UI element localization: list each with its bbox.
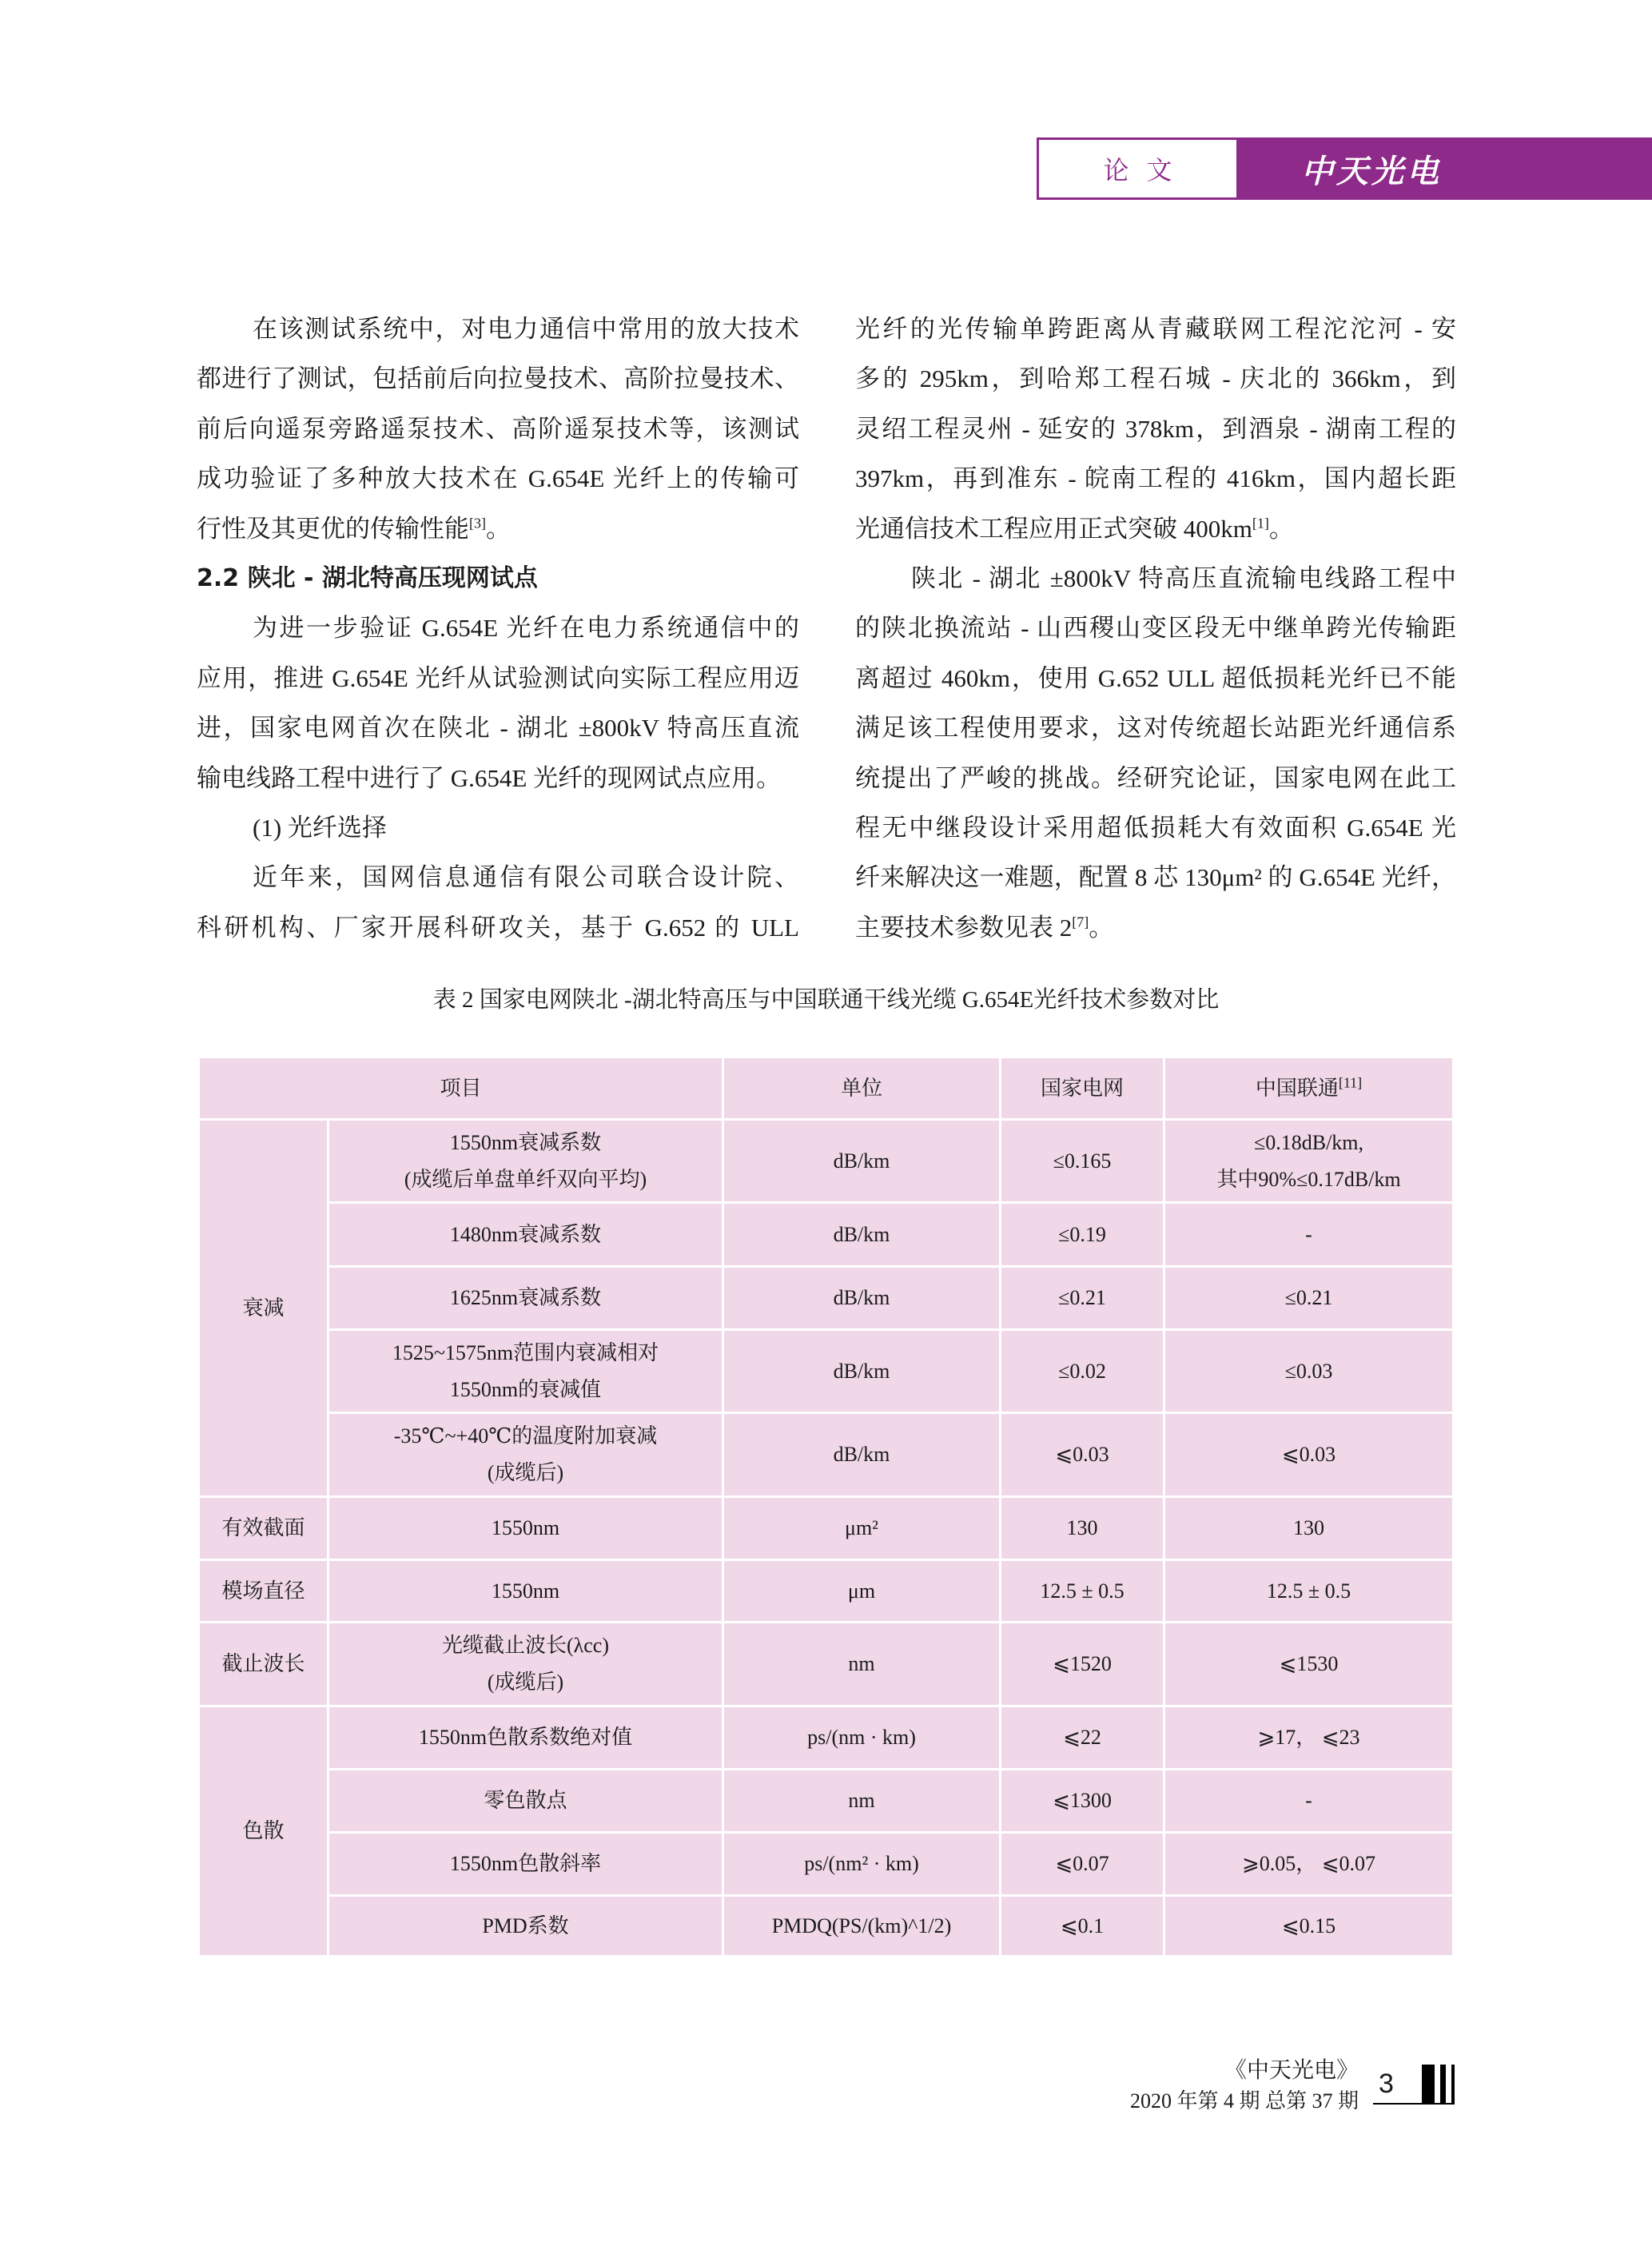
table-row: 衰减1550nm衰减系数(成缆后单盘单纤双向平均)dB/km≤0.165≤0.1… [199,1120,1454,1203]
unicom-value-cell: ⩾17， ⩽23 [1164,1706,1454,1770]
text-line-content: 在该测试系统中，对电力通信中常用的放大技术 [253,315,799,343]
text-line-content: 397km，再到准东 - 皖南工程的 416km，国内超长距 [855,464,1456,492]
cell-line: 1550nm [334,1510,717,1547]
text-line-tail: 。 [486,515,511,543]
unit-cell: ps/(nm² · km) [723,1833,1001,1896]
table-row: 零色散点nm⩽1300- [199,1770,1454,1833]
item-cell: 光缆截止波长(λcc)(成缆后) [328,1623,723,1706]
unicom-value-cell: ≤0.03 [1164,1330,1454,1413]
sgcc-value-cell: ⩽0.07 [1001,1833,1164,1896]
sgcc-value-cell: ⩽1520 [1001,1623,1164,1706]
text-line: 应用，推进 G.654E 光纤从试验测试向实际工程应用迈 [197,654,799,703]
text-line: 的陕北换流站 - 山西稷山变区段无中继单跨光传输距 [855,603,1456,653]
cell-line: 光缆截止波长(λcc) [334,1627,717,1664]
text-line-content: 进，国家电网首次在陕北 - 湖北 ±800kV 特高压直流 [197,714,799,742]
cell-line: 1480nm衰减系数 [334,1217,717,1253]
table-row: 截止波长光缆截止波长(λcc)(成缆后)nm⩽1520⩽1530 [199,1623,1454,1706]
text-line: 光通信技术工程应用正式突破 400km[1]。 [855,504,1456,554]
text-line: 陕北 - 湖北 ±800kV 特高压直流输电线路工程中 [855,554,1456,603]
citation-ref: [3] [469,515,486,531]
category-cell: 色散 [199,1706,328,1957]
unit-cell: dB/km [723,1120,1001,1203]
text-line-content: 的陕北换流站 - 山西稷山变区段无中继单跨光传输距 [855,614,1456,642]
decorative-bar-thick [1422,2065,1435,2104]
text-line-content: 输电线路工程中进行了 G.654E 光纤的现网试点应用。 [197,764,781,792]
sgcc-value-cell: ⩽0.1 [1001,1896,1164,1957]
text-line: 397km，再到准东 - 皖南工程的 416km，国内超长距 [855,454,1456,504]
section-label: 论文 [1103,150,1189,187]
category-cell: 衰减 [199,1120,328,1497]
cell-line: ⩾17， ⩽23 [1170,1719,1447,1756]
journal-logo: 中天光电 [1301,146,1442,192]
text-line: 灵绍工程灵州 - 延安的 378km，到酒泉 - 湖南工程的 [855,404,1456,454]
cell-line: ⩽0.15 [1170,1908,1447,1945]
cell-line: -35℃~+40℃的温度附加衰减 [334,1418,717,1455]
text-line-content: 多的 295km，到哈郑工程石城 - 庆北的 366km，到 [855,364,1456,392]
sgcc-value-cell: ⩽0.03 [1001,1413,1164,1497]
unicom-value-cell: ≤0.18dB/km,其中90%≤0.17dB/km [1164,1120,1454,1203]
right-text-column: 光纤的光传输单跨距离从青藏联网工程沱沱河 - 安多的 295km，到哈郑工程石城… [855,305,1456,953]
cell-line: (成缆后) [334,1664,717,1701]
section-label-box: 论文 [1037,137,1239,200]
text-line: 离超过 460km，使用 G.652 ULL 超低损耗光纤已不能 [855,654,1456,703]
text-line-content: 陕北 - 湖北 ±800kV 特高压直流输电线路工程中 [911,564,1456,592]
item-cell: 零色散点 [328,1770,723,1833]
unit-cell: dB/km [723,1413,1001,1497]
text-line-content: 光纤的光传输单跨距离从青藏联网工程沱沱河 - 安 [855,315,1456,343]
cell-line: ⩾0.05， ⩽0.07 [1170,1846,1447,1882]
text-line-content: 2.2 陕北 - 湖北特高压现网试点 [197,564,538,592]
category-cell: 模场直径 [199,1560,328,1623]
text-line-content: 近年来，国网信息通信有限公司联合设计院、 [253,863,799,891]
text-line: 程无中继段设计采用超低损耗大有效面积 G.654E 光 [855,803,1456,853]
cell-line: 1550nm色散斜率 [334,1846,717,1882]
sgcc-value-cell: ⩽22 [1001,1706,1164,1770]
cell-line: ⩽0.03 [1170,1436,1447,1473]
header-unit: 单位 [723,1057,1001,1120]
cell-line: 其中90%≤0.17dB/km [1170,1161,1447,1198]
cell-line: ⩽1530 [1170,1646,1447,1682]
text-line: 输电线路工程中进行了 G.654E 光纤的现网试点应用。 [197,754,799,803]
text-line-content: 程无中继段设计采用超低损耗大有效面积 G.654E 光 [855,814,1456,842]
sgcc-value-cell: ⩽1300 [1001,1770,1164,1833]
table-row: PMD系数PMDQ(PS/(km)^1/2)⩽0.1⩽0.15 [199,1896,1454,1957]
cell-line: 1550nm衰减系数 [334,1125,717,1161]
cell-line: 130 [1170,1510,1447,1547]
header-item: 项目 [199,1057,723,1120]
unit-cell: nm [723,1623,1001,1706]
text-line: 多的 295km，到哈郑工程石城 - 庆北的 366km，到 [855,354,1456,404]
text-line: 行性及其更优的传输性能[3]。 [197,504,799,554]
unicom-value-cell: ≤0.21 [1164,1267,1454,1330]
header-sgcc: 国家电网 [1001,1057,1164,1120]
text-line-content: 满足该工程使用要求，这对传统超长站距光纤通信系 [855,714,1456,742]
unit-cell: ps/(nm · km) [723,1706,1001,1770]
unicom-value-cell: 130 [1164,1497,1454,1560]
item-cell: 1550nm色散斜率 [328,1833,723,1896]
table-row: -35℃~+40℃的温度附加衰减(成缆后)dB/km⩽0.03⩽0.03 [199,1413,1454,1497]
cell-line: ≤0.18dB/km, [1170,1125,1447,1161]
text-line-content: 离超过 460km，使用 G.652 ULL 超低损耗光纤已不能 [855,664,1456,692]
text-line: 前后向遥泵旁路遥泵技术、高阶遥泵技术等，该测试 [197,404,799,454]
left-text-column: 在该测试系统中，对电力通信中常用的放大技术都进行了测试，包括前后向拉曼技术、高阶… [197,305,799,953]
text-line-content: 主要技术参数见表 2 [855,914,1072,942]
text-line-content: 灵绍工程灵州 - 延安的 378km，到酒泉 - 湖南工程的 [855,415,1456,443]
cell-line: 12.5 ± 0.5 [1170,1573,1447,1610]
text-line-content: 应用，推进 G.654E 光纤从试验测试向实际工程应用迈 [197,664,799,692]
cell-line: 1550nm [334,1573,717,1610]
item-cell: 1625nm衰减系数 [328,1267,723,1330]
item-cell: 1525~1575nm范围内衰减相对1550nm的衰减值 [328,1330,723,1413]
footer-journal: 《中天光电》 [1119,2053,1359,2085]
sgcc-value-cell: 12.5 ± 0.5 [1001,1560,1164,1623]
unicom-value-cell: ⩽0.03 [1164,1413,1454,1497]
text-line-content: 科研机构、厂家开展科研攻关，基于 G.652 的 ULL [197,914,799,942]
unit-cell: dB/km [723,1203,1001,1267]
text-line-content: 行性及其更优的传输性能 [197,515,469,543]
category-cell: 有效截面 [199,1497,328,1560]
cell-line: (成缆后单盘单纤双向平均) [334,1161,717,1198]
header-unicom-label: 中国联通 [1256,1077,1339,1100]
text-line: 为进一步验证 G.654E 光纤在电力系统通信中的 [197,603,799,653]
unit-cell: dB/km [723,1330,1001,1413]
header-unicom: 中国联通[11] [1164,1057,1454,1120]
cell-line: 1550nm色散系数绝对值 [334,1719,717,1756]
table-row: 1625nm衰减系数dB/km≤0.21≤0.21 [199,1267,1454,1330]
header-unicom-ref: [11] [1339,1074,1362,1090]
text-line: 统提出了严峻的挑战。经研究论证，国家电网在此工 [855,754,1456,803]
text-line: 科研机构、厂家开展科研攻关，基于 G.652 的 ULL [197,903,799,953]
item-cell: 1550nm色散系数绝对值 [328,1706,723,1770]
text-line: 进，国家电网首次在陕北 - 湖北 ±800kV 特高压直流 [197,703,799,753]
table-row: 有效截面1550nmμm²130130 [199,1497,1454,1560]
unicom-value-cell: - [1164,1203,1454,1267]
unit-cell: μm [723,1560,1001,1623]
fiber-parameter-table: 项目 单位 国家电网 中国联通[11] 衰减1550nm衰减系数(成缆后单盘单纤… [197,1056,1455,1957]
decorative-bar-thin [1451,2065,1455,2104]
text-line-content: 成功验证了多种放大技术在 G.654E 光纤上的传输可 [197,464,799,492]
unit-cell: PMDQ(PS/(km)^1/2) [723,1896,1001,1957]
text-line: 纤来解决这一难题，配置 8 芯 130μm² 的 G.654E 光纤， [855,853,1456,902]
table-row: 色散1550nm色散系数绝对值ps/(nm · km)⩽22⩾17， ⩽23 [199,1706,1454,1770]
sgcc-value-cell: ≤0.21 [1001,1267,1164,1330]
journal-banner: 中天光电 [1239,137,1652,200]
item-cell: 1550nm [328,1560,723,1623]
text-line: 近年来，国网信息通信有限公司联合设计院、 [197,853,799,902]
text-line: 在该测试系统中，对电力通信中常用的放大技术 [197,305,799,354]
text-line: 成功验证了多种放大技术在 G.654E 光纤上的传输可 [197,454,799,504]
sgcc-value-cell: 130 [1001,1497,1164,1560]
item-cell: 1480nm衰减系数 [328,1203,723,1267]
cell-line: - [1170,1217,1447,1253]
text-line: 主要技术参数见表 2[7]。 [855,903,1456,953]
sgcc-value-cell: ≤0.02 [1001,1330,1164,1413]
unit-cell: μm² [723,1497,1001,1560]
item-cell: -35℃~+40℃的温度附加衰减(成缆后) [328,1413,723,1497]
text-line-content: 光通信技术工程应用正式突破 400km [855,515,1252,543]
category-cell: 截止波长 [199,1623,328,1706]
text-line-content: 都进行了测试，包括前后向拉曼技术、高阶拉曼技术、 [197,364,799,392]
unit-cell: dB/km [723,1267,1001,1330]
unicom-value-cell: ⩽0.15 [1164,1896,1454,1957]
cell-line: 1525~1575nm范围内衰减相对 [334,1335,717,1372]
table-row: 1480nm衰减系数dB/km≤0.19- [199,1203,1454,1267]
cell-line: 零色散点 [334,1782,717,1819]
text-line: 满足该工程使用要求，这对传统超长站距光纤通信系 [855,703,1456,753]
text-line: 光纤的光传输单跨距离从青藏联网工程沱沱河 - 安 [855,305,1456,354]
item-cell: 1550nm [328,1497,723,1560]
unit-cell: nm [723,1770,1001,1833]
sgcc-value-cell: ≤0.165 [1001,1120,1164,1203]
text-line-content: 前后向遥泵旁路遥泵技术、高阶遥泵技术等，该测试 [197,415,799,443]
text-line: (1) 光纤选择 [197,803,799,853]
citation-ref: [1] [1252,515,1269,531]
text-line-tail: 。 [1269,515,1294,543]
cell-line: ≤0.21 [1170,1280,1447,1316]
cell-line: 1550nm的衰减值 [334,1372,717,1408]
text-line-content: 统提出了严峻的挑战。经研究论证，国家电网在此工 [855,764,1456,792]
page-number: 3 [1379,2069,1394,2100]
section-heading: 2.2 陕北 - 湖北特高压现网试点 [197,554,799,603]
table-caption: 表 2 国家电网陕北 -湖北特高压与中国联通干线光缆 G.654E光纤技术参数对… [0,982,1652,1014]
cell-line: PMD系数 [334,1908,717,1945]
cell-line: (成缆后) [334,1455,717,1491]
text-line-content: 为进一步验证 G.654E 光纤在电力系统通信中的 [253,614,799,642]
footer-issue: 2020 年第 4 期 总第 37 期 [1039,2085,1359,2114]
table-row: 1550nm色散斜率ps/(nm² · km)⩽0.07⩾0.05， ⩽0.07 [199,1833,1454,1896]
unicom-value-cell: - [1164,1770,1454,1833]
unicom-value-cell: 12.5 ± 0.5 [1164,1560,1454,1623]
text-line-content: (1) 光纤选择 [253,814,387,842]
table-row: 1525~1575nm范围内衰减相对1550nm的衰减值dB/km≤0.02≤0… [199,1330,1454,1413]
decorative-bar-medium [1440,2065,1446,2104]
cell-line: - [1170,1782,1447,1819]
sgcc-value-cell: ≤0.19 [1001,1203,1164,1267]
cell-line: 1625nm衰减系数 [334,1280,717,1316]
text-line: 都进行了测试，包括前后向拉曼技术、高阶拉曼技术、 [197,354,799,404]
text-line-tail: 。 [1089,914,1113,942]
table-row: 模场直径1550nmμm12.5 ± 0.512.5 ± 0.5 [199,1560,1454,1623]
table-header-row: 项目 单位 国家电网 中国联通[11] [199,1057,1454,1120]
item-cell: PMD系数 [328,1896,723,1957]
citation-ref: [7] [1072,914,1089,930]
cell-line: ≤0.03 [1170,1353,1447,1390]
text-line-content: 纤来解决这一难题，配置 8 芯 130μm² 的 G.654E 光纤， [855,863,1456,891]
unicom-value-cell: ⩽1530 [1164,1623,1454,1706]
item-cell: 1550nm衰减系数(成缆后单盘单纤双向平均) [328,1120,723,1203]
unicom-value-cell: ⩾0.05， ⩽0.07 [1164,1833,1454,1896]
